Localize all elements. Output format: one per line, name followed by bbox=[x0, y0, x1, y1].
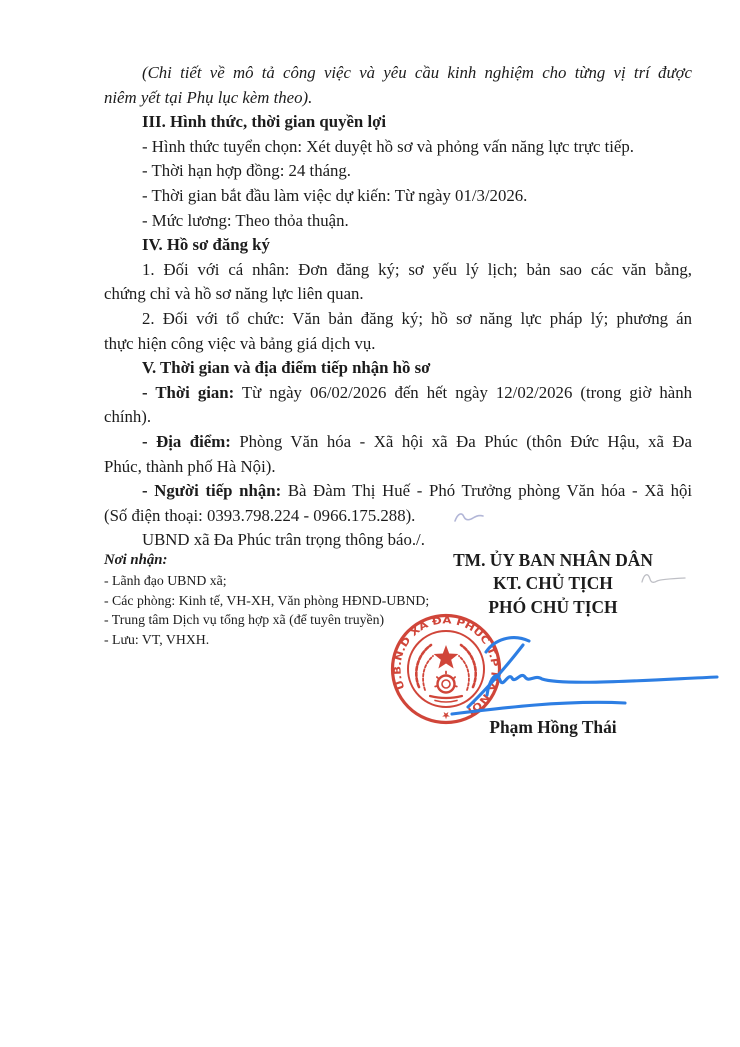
text-line: thực hiện công việc và bảng giá dịch vụ. bbox=[104, 332, 692, 357]
stamp-inner-ring bbox=[408, 631, 484, 707]
text-line: - Hình thức tuyển chọn: Xét duyệt hồ sơ … bbox=[104, 135, 692, 160]
official-stamp-seal: U.B.N.D XÃ ĐA PHÚC T.P HÀ NỘI ★ bbox=[386, 609, 506, 729]
text-segment: - Thời gian bắt đầu làm việc dự kiến: Từ… bbox=[142, 186, 527, 205]
text-segment: - Địa điểm: bbox=[142, 432, 231, 451]
signing-title-line: KT. CHỦ TỊCH bbox=[424, 572, 682, 595]
text-segment: UBND xã Đa Phúc trân trọng thông báo./. bbox=[142, 530, 425, 549]
text-line: 1. Đối với cá nhân: Đơn đăng ký; sơ yếu … bbox=[104, 258, 692, 283]
text-line: chính). bbox=[104, 405, 692, 430]
text-line: - Thời gian: Từ ngày 06/02/2026 đến hết … bbox=[104, 381, 692, 406]
text-line: niêm yết tại Phụ lục kèm theo). bbox=[104, 86, 692, 111]
text-segment: Bà Đàm Thị Huế - Phó Trưởng phòng Văn hó… bbox=[281, 481, 692, 500]
recipients-heading: Nơi nhận: bbox=[104, 551, 454, 571]
document-body-text: (Chi tiết về mô tả công việc và yêu cầu … bbox=[104, 61, 692, 553]
text-segment: chính). bbox=[104, 407, 151, 426]
text-line: Phúc, thành phố Hà Nội). bbox=[104, 455, 692, 480]
text-segment: Phúc, thành phố Hà Nội). bbox=[104, 457, 276, 476]
text-segment: V. Thời gian và địa điểm tiếp nhận hồ sơ bbox=[142, 358, 430, 377]
text-segment: - Hình thức tuyển chọn: Xét duyệt hồ sơ … bbox=[142, 137, 634, 156]
text-segment: thực hiện công việc và bảng giá dịch vụ. bbox=[104, 334, 375, 353]
text-line: - Thời gian bắt đầu làm việc dự kiến: Từ… bbox=[104, 184, 692, 209]
text-segment: chứng chỉ và hồ sơ năng lực liên quan. bbox=[104, 284, 364, 303]
text-line: - Mức lương: Theo thỏa thuận. bbox=[104, 209, 692, 234]
recipient-item: - Các phòng: Kinh tế, VH-XH, Văn phòng H… bbox=[104, 591, 454, 611]
emblem-cog bbox=[438, 676, 455, 693]
signing-authority-line: TM. ỦY BAN NHÂN DÂN bbox=[424, 549, 682, 572]
text-segment: - Người tiếp nhận: bbox=[142, 481, 281, 500]
text-line: chứng chỉ và hồ sơ năng lực liên quan. bbox=[104, 282, 692, 307]
text-segment: Từ ngày 06/02/2026 đến hết ngày 12/02/20… bbox=[234, 383, 692, 402]
text-line: IV. Hồ sơ đăng ký bbox=[104, 233, 692, 258]
text-line: (Số điện thoại: 0393.798.224 - 0966.175.… bbox=[104, 504, 692, 529]
text-segment: III. Hình thức, thời gian quyền lợi bbox=[142, 112, 386, 131]
text-segment: niêm yết tại Phụ lục kèm theo). bbox=[104, 88, 312, 107]
text-segment: (Chi tiết về mô tả công việc và yêu cầu … bbox=[142, 63, 692, 82]
signer-name: Phạm Hồng Thái bbox=[424, 717, 682, 738]
text-segment: 2. Đối với tổ chức: Văn bản đăng ký; hồ … bbox=[142, 309, 692, 328]
emblem-wreath-right-inner bbox=[459, 656, 469, 690]
text-segment: - Thời hạn hợp đồng: 24 tháng. bbox=[142, 161, 351, 180]
text-line: - Người tiếp nhận: Bà Đàm Thị Huế - Phó … bbox=[104, 479, 692, 504]
emblem-ribbon bbox=[430, 696, 462, 698]
text-segment: Phòng Văn hóa - Xã hội xã Đa Phúc (thôn … bbox=[231, 432, 692, 451]
text-segment: - Mức lương: Theo thỏa thuận. bbox=[142, 211, 349, 230]
text-line: - Địa điểm: Phòng Văn hóa - Xã hội xã Đa… bbox=[104, 430, 692, 455]
recipient-item: - Lãnh đạo UBND xã; bbox=[104, 571, 454, 591]
text-line: 2. Đối với tổ chức: Văn bản đăng ký; hồ … bbox=[104, 307, 692, 332]
text-line: - Thời hạn hợp đồng: 24 tháng. bbox=[104, 159, 692, 184]
text-line: III. Hình thức, thời gian quyền lợi bbox=[104, 110, 692, 135]
text-segment: (Số điện thoại: 0393.798.224 - 0966.175.… bbox=[104, 506, 415, 525]
text-line: V. Thời gian và địa điểm tiếp nhận hồ sơ bbox=[104, 356, 692, 381]
text-segment: 1. Đối với cá nhân: Đơn đăng ký; sơ yếu … bbox=[142, 260, 692, 279]
text-segment: - Thời gian: bbox=[142, 383, 234, 402]
text-line: (Chi tiết về mô tả công việc và yêu cầu … bbox=[104, 61, 692, 86]
text-segment: IV. Hồ sơ đăng ký bbox=[142, 235, 270, 254]
emblem-wreath-left-inner bbox=[423, 656, 433, 690]
emblem-star bbox=[434, 645, 459, 669]
document-sheet: (Chi tiết về mô tả công việc và yêu cầu … bbox=[0, 0, 740, 1047]
